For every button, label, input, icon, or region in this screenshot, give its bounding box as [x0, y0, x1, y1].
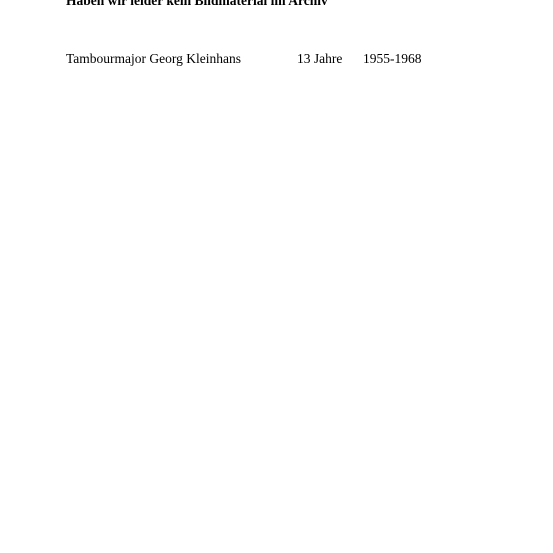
entry-name: Tambourmajor Georg Kleinhans	[66, 51, 241, 67]
document-page: Haben wir leider kein Bildmaterial im Ar…	[0, 0, 553, 553]
archive-note: Haben wir leider kein Bildmaterial im Ar…	[66, 0, 328, 9]
entry-row: Tambourmajor Georg Kleinhans 13 Jahre 19…	[0, 51, 553, 67]
entry-duration: 13 Jahre	[297, 51, 342, 67]
entry-period: 1955-1968	[363, 51, 422, 67]
